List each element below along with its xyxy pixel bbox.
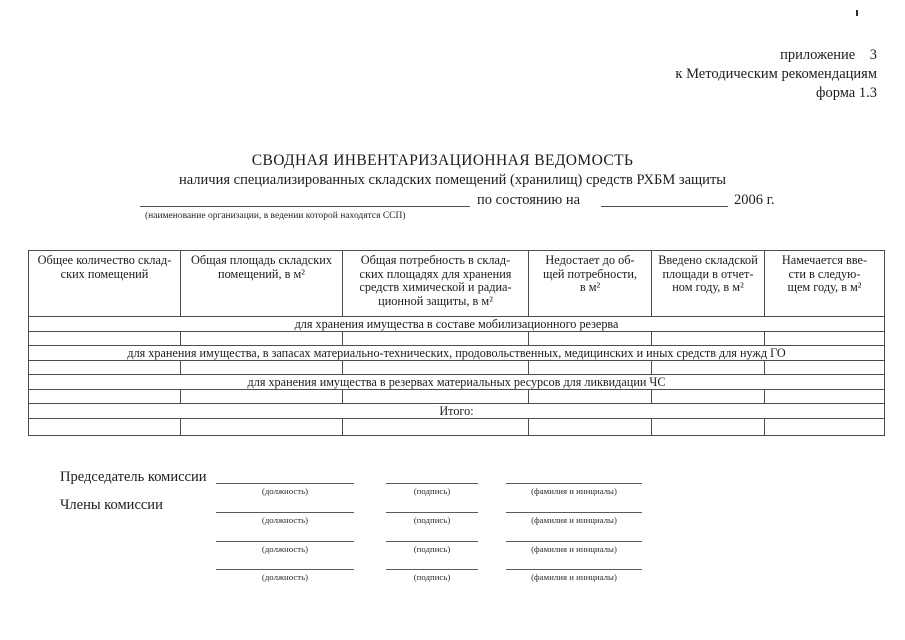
name-hint: (фамилия и инициалы) xyxy=(506,542,642,554)
appendix-number: приложение 3 xyxy=(675,46,877,65)
blank-cell xyxy=(652,332,765,346)
section-label: Итого: xyxy=(29,404,885,419)
column-header: Недостает до об- щей потребности, в м² xyxy=(529,251,652,317)
blank-row xyxy=(29,332,885,346)
blank-cell xyxy=(343,419,529,436)
section-label: для хранения имущества в составе мобилиз… xyxy=(29,317,885,332)
scan-speck xyxy=(856,10,858,16)
blank-cell xyxy=(29,361,181,375)
sign-field: (подпись) xyxy=(386,569,478,582)
name-field: (фамилия и инициалы) xyxy=(506,483,642,496)
organization-hint: (наименование организации, в ведении кот… xyxy=(145,211,406,221)
section-label: для хранения имущества, в запасах матери… xyxy=(29,346,885,361)
sign-field: (подпись) xyxy=(386,541,478,554)
sign-hint: (подпись) xyxy=(386,513,478,525)
blank-cell xyxy=(343,361,529,375)
blank-cell xyxy=(765,361,885,375)
position-hint: (должность) xyxy=(216,570,354,582)
name-field: (фамилия и инициалы) xyxy=(506,512,642,525)
document-title: СВОДНАЯ ИНВЕНТАРИЗАЦИОННАЯ ВЕДОМОСТЬ xyxy=(0,152,885,170)
position-field: (должность) xyxy=(216,483,354,496)
scanned-form-page: { "corner": { "line1": "приложение 3", "… xyxy=(0,0,905,640)
blank-cell xyxy=(29,419,181,436)
name-hint: (фамилия и инициалы) xyxy=(506,484,642,496)
sign-hint: (подпись) xyxy=(386,542,478,554)
position-field: (должность) xyxy=(216,541,354,554)
name-hint: (фамилия и инициалы) xyxy=(506,570,642,582)
blank-cell xyxy=(529,390,652,404)
blank-row xyxy=(29,390,885,404)
sign-hint: (подпись) xyxy=(386,484,478,496)
column-header: Введено складской площади в отчет- ном г… xyxy=(652,251,765,317)
sign-field: (подпись) xyxy=(386,512,478,525)
as-of-row: по состоянию на 2006 г. xyxy=(0,192,905,212)
blank-cell xyxy=(652,419,765,436)
position-hint: (должность) xyxy=(216,542,354,554)
blank-row xyxy=(29,419,885,436)
sign-field: (подпись) xyxy=(386,483,478,496)
column-header: Общая потребность в склад- ских площадях… xyxy=(343,251,529,317)
blank-cell xyxy=(765,332,885,346)
name-field: (фамилия и инициалы) xyxy=(506,541,642,554)
section-row: для хранения имущества в резервах матери… xyxy=(29,375,885,390)
blank-cell xyxy=(529,361,652,375)
section-row: для хранения имущества в составе мобилиз… xyxy=(29,317,885,332)
appendix-reference: к Методическим рекомендациям xyxy=(675,65,877,84)
blank-cell xyxy=(765,390,885,404)
form-number: форма 1.3 xyxy=(675,84,877,103)
organization-blank-line xyxy=(140,206,470,207)
blank-row xyxy=(29,361,885,375)
table-header-row: Общее количество склад- ских помещенийОб… xyxy=(29,251,885,317)
chairman-label: Председатель комиссии xyxy=(60,469,207,486)
position-hint: (должность) xyxy=(216,513,354,525)
position-hint: (должность) xyxy=(216,484,354,496)
document-subtitle: наличия специализированных складских пом… xyxy=(0,172,905,189)
date-blank-line xyxy=(601,206,728,207)
blank-cell xyxy=(652,361,765,375)
appendix-block: приложение 3 к Методическим рекомендация… xyxy=(675,46,877,103)
section-label: для хранения имущества в резервах матери… xyxy=(29,375,885,390)
section-row: для хранения имущества, в запасах матери… xyxy=(29,346,885,361)
blank-cell xyxy=(343,390,529,404)
blank-cell xyxy=(765,419,885,436)
blank-cell xyxy=(29,332,181,346)
section-row: Итого: xyxy=(29,404,885,419)
column-header: Общее количество склад- ских помещений xyxy=(29,251,181,317)
table-body: для хранения имущества в составе мобилиз… xyxy=(29,317,885,436)
sign-hint: (подпись) xyxy=(386,570,478,582)
name-hint: (фамилия и инициалы) xyxy=(506,513,642,525)
blank-cell xyxy=(181,361,343,375)
inventory-table: Общее количество склад- ских помещенийОб… xyxy=(28,250,884,436)
blank-cell xyxy=(529,332,652,346)
column-header: Общая площадь складских помещений, в м² xyxy=(181,251,343,317)
blank-cell xyxy=(29,390,181,404)
blank-cell xyxy=(652,390,765,404)
blank-cell xyxy=(529,419,652,436)
blank-cell xyxy=(343,332,529,346)
position-field: (должность) xyxy=(216,569,354,582)
blank-cell xyxy=(181,419,343,436)
name-field: (фамилия и инициалы) xyxy=(506,569,642,582)
year-label: 2006 г. xyxy=(734,192,775,209)
column-header: Намечается вве- сти в следую- щем году, … xyxy=(765,251,885,317)
members-label: Члены комиссии xyxy=(60,497,163,514)
blank-cell xyxy=(181,332,343,346)
blank-cell xyxy=(181,390,343,404)
as-of-label: по состоянию на xyxy=(477,192,580,209)
position-field: (должность) xyxy=(216,512,354,525)
